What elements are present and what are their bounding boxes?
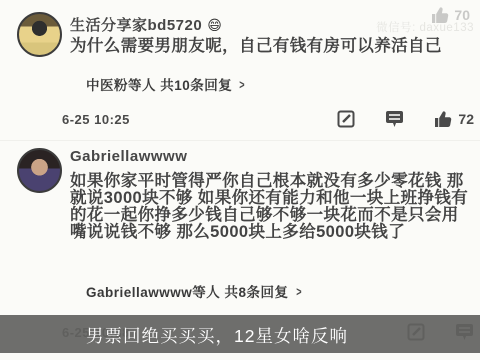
reply-summary[interactable]: Gabriellawwww等人 共8条回复 > <box>86 281 303 301</box>
username[interactable]: Gabriellawwww <box>70 148 187 165</box>
user-badge-emoji-icon: 😄 <box>207 18 222 32</box>
like-button[interactable]: 72 <box>434 110 474 128</box>
divider <box>0 140 480 141</box>
comment-icon[interactable] <box>385 110 404 128</box>
chevron-right-icon: > <box>296 284 302 299</box>
comment-text: 为什么需要男朋友呢，自己有钱有房可以养活自己 <box>70 38 472 55</box>
like-count: 70 <box>454 7 470 23</box>
reply-summary[interactable]: 中医粉等人 共10条回复 > <box>86 74 246 94</box>
like-count: 72 <box>458 111 474 127</box>
comment-text: 如果你家平时管得严你自己根本就没有多少零花钱 那就说3000块不够 如果你还有能… <box>70 173 472 241</box>
chevron-right-icon: > <box>239 77 245 92</box>
thumbs-up-icon <box>434 110 453 128</box>
avatar[interactable] <box>17 148 62 193</box>
comment-timestamp: 6-25 10:25 <box>62 112 130 127</box>
reply-summary-label: Gabriellawwww等人 共8条回复 <box>86 281 289 301</box>
thumbs-up-icon <box>431 6 450 24</box>
edit-icon[interactable] <box>337 110 355 128</box>
avatar[interactable] <box>17 12 62 57</box>
username[interactable]: 生活分享家bd5720 <box>70 14 202 35</box>
bottom-title-overlay: 男票回绝买买买，12星女啥反响 <box>0 315 480 353</box>
article-title: 男票回绝买买买，12星女啥反响 <box>86 323 348 348</box>
like-button[interactable]: 70 <box>431 6 470 24</box>
reply-summary-label: 中医粉等人 共10条回复 <box>86 74 232 94</box>
